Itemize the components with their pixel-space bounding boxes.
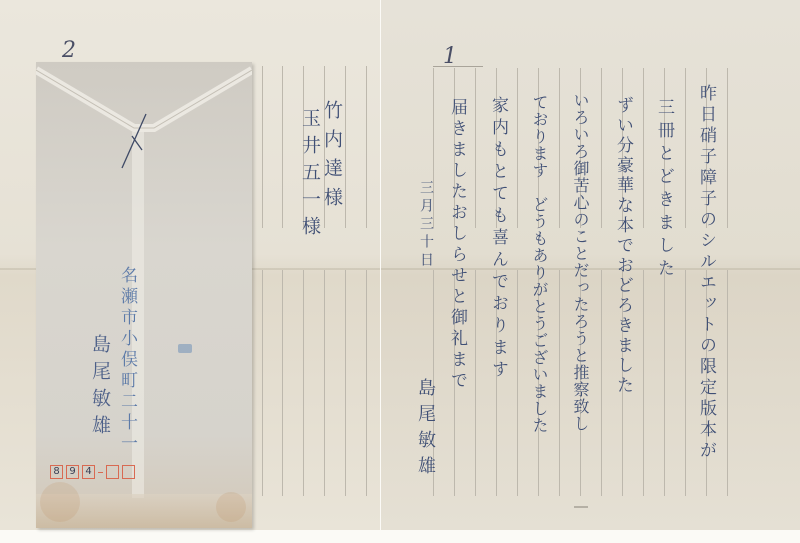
page-number-underline — [433, 66, 483, 67]
postal-code-boxes: 8 9 4 — [50, 465, 135, 479]
page-number: 1 — [443, 44, 457, 69]
flap-cross-mark-icon — [116, 112, 156, 172]
postal-digit-4 — [106, 465, 119, 479]
letter-line-6: 家内もとても喜んでおります — [489, 96, 506, 382]
ink-smudge — [178, 344, 192, 353]
postal-digit-1: 8 — [50, 465, 63, 479]
envelope-address: 名瀬市小俣町二十一 — [118, 266, 135, 455]
letter-line-5: ております どうもありがとうございました — [531, 94, 547, 434]
letter-date: 三月三十日 — [419, 180, 433, 270]
letter-line-4: いろいろ御苦心のことだったろうと推察致し — [572, 92, 588, 432]
postal-digit-3: 4 — [82, 465, 95, 479]
letter-page-1: 1 昨日硝子障子のシルエットの限定版本が 三冊とどきました ずい分豪華な本でおど… — [381, 0, 800, 530]
addressee-1: 竹内達様 — [322, 100, 341, 216]
scanned-document: 2 竹内達様 玉井五一様 1 — [0, 0, 800, 543]
envelope-sender: 島尾敏雄 — [90, 334, 109, 442]
letter-signature: 島尾敏雄 — [416, 378, 434, 482]
envelope: 名瀬市小俣町二十一 島尾敏雄 8 9 4 — [36, 62, 252, 528]
postal-digit-5 — [122, 465, 135, 479]
page-number: 2 — [62, 38, 76, 63]
letter-line-1: 昨日硝子障子のシルエットの限定版本が — [697, 84, 714, 462]
postal-digit-2: 9 — [66, 465, 79, 479]
paper-mark — [574, 506, 588, 508]
paper-stain — [40, 482, 80, 522]
letter-line-2: 三冊とどきました — [655, 98, 672, 282]
postal-separator — [98, 472, 103, 473]
ruled-lines-lower — [262, 270, 378, 496]
letter-line-7: 届きましたおしらせと御礼まで — [448, 98, 465, 392]
letter-line-3: ずい分豪華な本でおどろきました — [614, 96, 631, 396]
addressee-2: 玉井五一様 — [300, 108, 319, 243]
paper-stain — [216, 492, 246, 522]
